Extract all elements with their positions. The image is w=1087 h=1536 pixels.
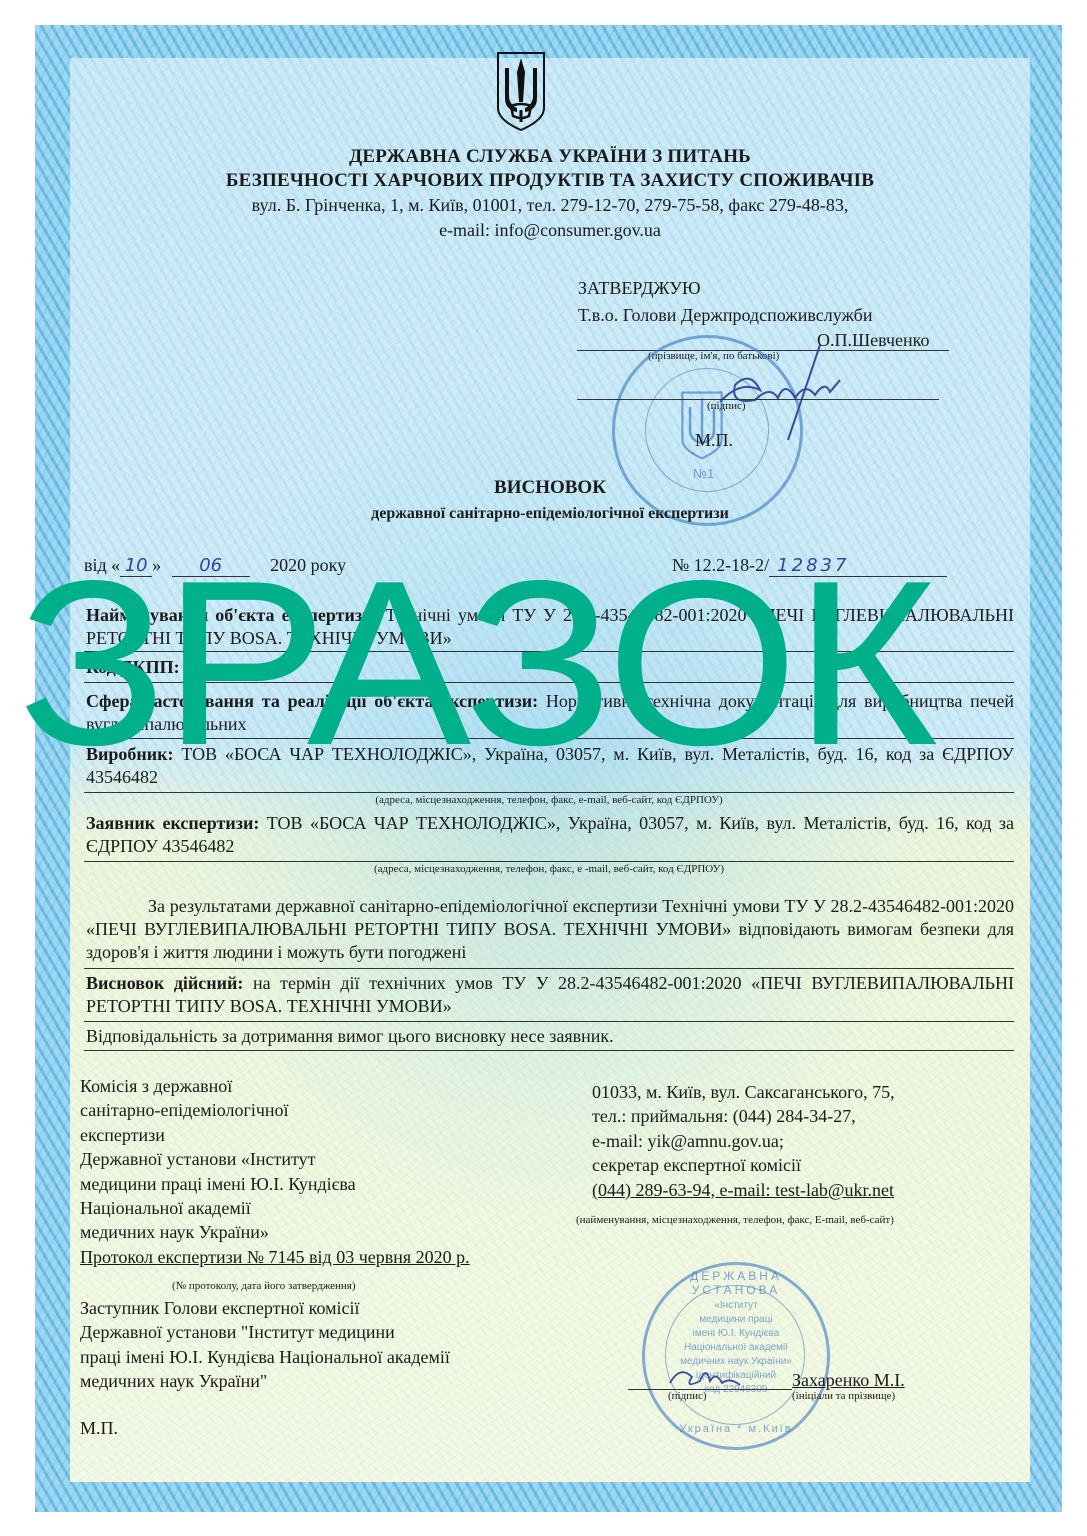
seal-label: М.П. (695, 430, 733, 451)
commission-line: санітарно-епідеміологічної (80, 1098, 470, 1122)
agency-email: e-mail: info@consumer.gov.ua (80, 220, 1020, 241)
signatory-name-hint: (ініціали та прізвище) (792, 1390, 895, 1402)
signatory-signature-line (628, 1389, 792, 1390)
commission-line: Комісія з державної (80, 1074, 470, 1098)
approval-position: Т.в.о. Голови Держпродспоживслужби (578, 305, 872, 326)
commission-block: Комісія з державної санітарно-епідеміоло… (80, 1074, 470, 1269)
contact-line: 01033, м. Київ, вул. Саксаганського, 75, (592, 1080, 895, 1104)
signatory-line: праці імені Ю.І. Кундієва Національної а… (80, 1345, 450, 1369)
signatory-line: медичних наук України" (80, 1369, 450, 1393)
protocol-hint: (№ протоколу, дата його затвердження) (172, 1280, 356, 1292)
contact-line: e-mail: yik@amnu.gov.ua; (592, 1129, 895, 1153)
signatory-line: Державної установи "Інститут медицини (80, 1320, 450, 1344)
secretary-contact: (044) 289-63-94, e-mail: test-lab@ukr.ne… (592, 1178, 895, 1202)
applicant-section: Заявник експертизи: ТОВ «БОСА ЧАР ТЕХНОЛ… (86, 812, 1014, 858)
signatory-name: Захаренко М.І. (792, 1370, 905, 1391)
signature-line (577, 399, 939, 400)
commission-line: медицини праці імені Ю.І. Кундієва (80, 1172, 470, 1196)
divider (84, 1021, 1014, 1022)
sample-watermark: ЗРАЗОК (18, 545, 1087, 780)
commission-line: експертизи (80, 1123, 470, 1147)
approval-title: ЗАТВЕРДЖУЮ (578, 278, 700, 299)
applicant-label: Заявник експертизи: (86, 813, 259, 833)
agency-name-line1: ДЕРЖАВНА СЛУЖБА УКРАЇНИ З ПИТАНЬ (80, 146, 1020, 168)
applicant-hint: (адреса, місцезнаходження, телефон, факс… (84, 863, 1014, 875)
document-title: ВИСНОВОК (80, 477, 1020, 499)
divider (84, 968, 1014, 969)
validity-label: Висновок дійсний: (86, 973, 243, 993)
divider (84, 861, 1014, 862)
commission-line: Державної установи «Інститут (80, 1147, 470, 1171)
agency-address: вул. Б. Грінченка, 1, м. Київ, 01001, те… (80, 195, 1020, 216)
signatory-line: Заступник Голови експертної комісії (80, 1296, 450, 1320)
commission-line: медичних наук України» (80, 1220, 470, 1244)
stamp-ring-bottom: Україна * м.Київ (645, 1423, 827, 1435)
document-subtitle: державної санітарно-епідеміологічної екс… (80, 505, 1020, 523)
contact-line: тел.: приймальня: (044) 284-34-27, (592, 1104, 895, 1128)
signatory-block: Заступник Голови експертної комісії Держ… (80, 1296, 450, 1394)
stamp-ring-top: ДЕРЖАВНА УСТАНОВА (645, 1269, 827, 1297)
protocol-number: Протокол експертизи № 7145 від 03 червня… (80, 1245, 470, 1269)
commission-line: Національної академії (80, 1196, 470, 1220)
signatory-seal-label: М.П. (80, 1418, 118, 1439)
contacts-hint: (найменування, місцезнаходження, телефон… (576, 1214, 894, 1226)
conclusion-text: За результатами державної санітарно-епід… (86, 895, 1014, 964)
signatory-signature-hint: (підпис) (668, 1390, 707, 1402)
commission-contacts: 01033, м. Київ, вул. Саксаганського, 75,… (592, 1080, 895, 1202)
contact-line: секретар експертної комісії (592, 1153, 895, 1177)
divider (84, 1050, 1014, 1051)
validity-section: Висновок дійсний: на термін дії технічни… (86, 972, 1014, 1018)
signature-hint: (підпис) (707, 400, 746, 412)
manufacturer-hint: (адреса, місцезнаходження, телефон, факс… (84, 794, 1014, 806)
agency-name-line2: БЕЗПЕЧНОСТІ ХАРЧОВИХ ПРОДУКТІВ ТА ЗАХИСТ… (80, 170, 1020, 192)
responsibility-text: Відповідальність за дотримання вимог цьо… (86, 1025, 1014, 1048)
trident-coat-of-arms-icon (495, 50, 547, 132)
